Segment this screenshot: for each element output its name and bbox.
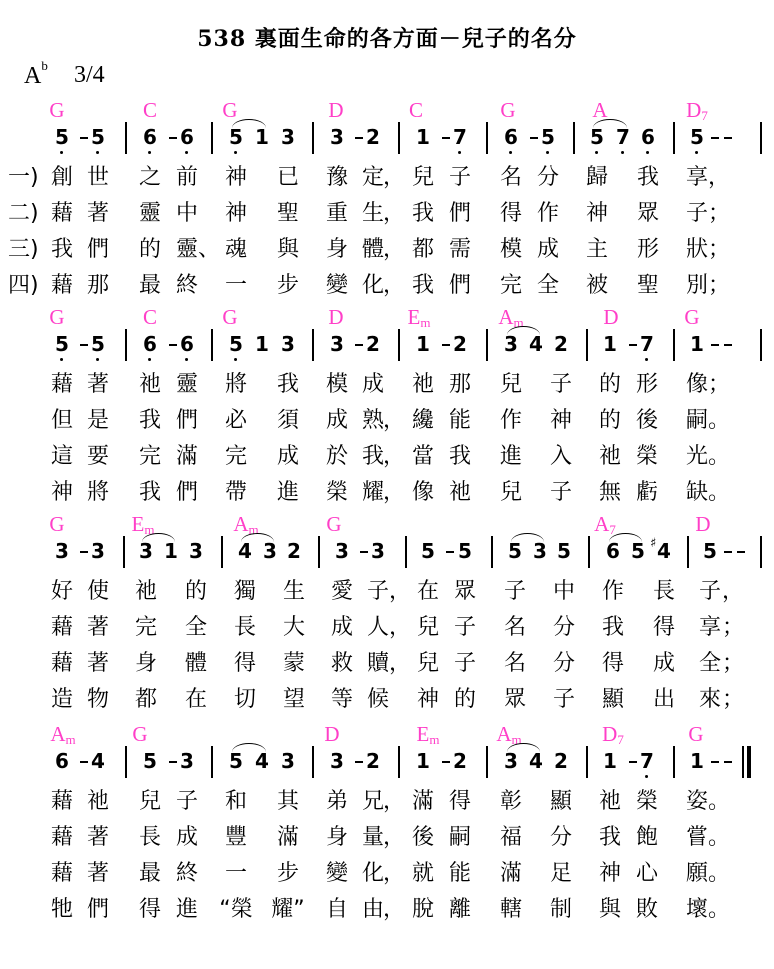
lyric-syllable: 子: [176, 790, 198, 814]
dash-extension: [711, 344, 719, 346]
bar-line: [586, 746, 588, 778]
lyric-syllable: 進: [500, 445, 522, 469]
lyric-punctuation: ，: [389, 652, 411, 676]
lyric-syllable: 切: [234, 688, 256, 712]
dash-extension: [629, 344, 637, 346]
lyric-syllable: 名: [500, 166, 522, 190]
verse-number: 二): [8, 202, 39, 226]
chord-symbol: G: [49, 305, 64, 330]
lyric-syllable: 兒: [500, 373, 522, 397]
lyric-syllable: 成: [326, 409, 348, 433]
jianpu-note: 3: [139, 539, 153, 563]
lyric-syllable: 祂: [412, 373, 434, 397]
hymn-title: 538 裏面生命的各方面－兒子的名分: [0, 22, 774, 53]
lyric-syllable: 主: [586, 238, 608, 262]
jianpu-note: 3: [180, 749, 194, 773]
chord-symbol: A7: [594, 512, 616, 538]
lyric-punctuation: ，: [383, 238, 405, 262]
lyric-punctuation: ，: [722, 580, 744, 604]
lyric-syllable: 神: [550, 409, 572, 433]
lyric-syllable: 聖: [637, 274, 659, 298]
slur: [511, 533, 544, 542]
lyric-syllable: 完: [139, 445, 161, 469]
lyric-syllable: 出: [653, 688, 675, 712]
lyric-syllable: 須: [277, 409, 299, 433]
jianpu-note: 3: [504, 749, 518, 773]
bar-line: [211, 329, 213, 361]
lyric-syllable: 體: [185, 652, 207, 676]
chord-root: D: [324, 722, 339, 746]
lyric-syllable: 願: [686, 862, 708, 886]
lyric-syllable: 得: [449, 790, 471, 814]
slur: [241, 533, 274, 542]
chord-root: G: [49, 98, 64, 122]
bar-line: [673, 746, 675, 778]
lyric-syllable: 嘗: [686, 826, 708, 850]
chord-symbol: C: [143, 98, 157, 123]
lyric-punctuation: ，: [383, 274, 405, 298]
lyric-syllable: 敗: [636, 898, 658, 922]
lyric-syllable: 身: [326, 238, 348, 262]
lyric-syllable: 終: [176, 862, 198, 886]
lyric-syllable: 創: [51, 166, 73, 190]
bar-line: [760, 329, 762, 361]
chord-root: A: [498, 305, 513, 329]
verse-number: 一): [8, 166, 39, 190]
bar-line: [405, 536, 407, 568]
lyric-syllable: 身: [135, 652, 157, 676]
lyric-syllable: 於: [326, 445, 348, 469]
jianpu-note: 5: [421, 539, 435, 563]
lyric-syllable: 化: [362, 862, 384, 886]
chord-root: D: [603, 305, 618, 329]
chord-root: A: [50, 722, 65, 746]
dash-extension: [355, 761, 363, 763]
verse-number: 四): [8, 274, 39, 298]
lyric-syllable: 得: [602, 652, 624, 676]
jianpu-note: 3: [263, 539, 277, 563]
lyric-syllable: 要: [87, 445, 109, 469]
lyric-syllable: 我: [637, 166, 659, 190]
lyric-syllable: 兒: [500, 481, 522, 505]
lyric-syllable: 滿: [176, 445, 198, 469]
jianpu-note: 3: [330, 332, 344, 356]
lyric-syllable: 模: [326, 373, 348, 397]
lyric-syllable: 必: [225, 409, 247, 433]
lyric-punctuation: 。: [708, 862, 730, 886]
jianpu-note: 1: [690, 749, 704, 773]
bar-line: [125, 746, 127, 778]
lyric-syllable: 靈: [139, 202, 161, 226]
lyric-syllable: “榮: [219, 898, 252, 922]
lyric-syllable: 們: [449, 274, 471, 298]
chord-root: A: [594, 512, 609, 536]
lyric-syllable: 長: [139, 826, 161, 850]
lyric-syllable: 魂: [225, 238, 247, 262]
lyric-syllable: 終: [176, 274, 198, 298]
chord-root: G: [326, 512, 341, 536]
lyric-syllable: 分: [553, 616, 575, 640]
lyric-syllable: 福: [500, 826, 522, 850]
lyric-syllable: 榮: [636, 790, 658, 814]
lyric-syllable: 榮: [636, 445, 658, 469]
lyric-syllable: 在: [417, 580, 439, 604]
jianpu-note: 2: [366, 749, 380, 773]
jianpu-note: 6: [143, 125, 157, 149]
lyric-syllable: 的: [185, 580, 207, 604]
bar-line: [125, 122, 127, 154]
lyric-punctuation: 。: [708, 790, 730, 814]
jianpu-note: 1: [416, 332, 430, 356]
jianpu-note: 3: [91, 539, 105, 563]
bar-line: [398, 122, 400, 154]
chord-symbol: G: [132, 722, 147, 747]
lyric-syllable: 滿: [500, 862, 522, 886]
lyric-syllable: 著: [87, 826, 109, 850]
lyric-syllable: 著: [87, 202, 109, 226]
lyric-syllable: 作: [602, 580, 624, 604]
chord-symbol: G: [222, 305, 237, 330]
lyric-syllable: 滿: [412, 790, 434, 814]
lyric-syllable: 轄: [500, 898, 522, 922]
lyric-punctuation: ，: [383, 166, 405, 190]
lyric-punctuation: ；: [708, 373, 730, 397]
lyric-syllable: 長: [653, 580, 675, 604]
time-signature: 3/4: [74, 62, 105, 89]
lyric-punctuation: 、: [198, 238, 220, 262]
lyric-syllable: 嗣: [449, 826, 471, 850]
lyric-syllable: 其: [277, 790, 299, 814]
chord-symbol: C: [409, 98, 423, 123]
lyric-syllable: 生: [362, 202, 384, 226]
chord-root: D: [602, 722, 617, 746]
chord-root: D: [328, 305, 343, 329]
jianpu-note: 5: [143, 749, 157, 773]
jianpu-note: 3: [330, 125, 344, 149]
bar-line: [486, 746, 488, 778]
lyric-punctuation: 。: [708, 445, 730, 469]
lyric-syllable: 神: [51, 481, 73, 505]
lyric-syllable: 分: [550, 826, 572, 850]
jianpu-note: 2: [453, 332, 467, 356]
lyric-syllable: 子: [454, 616, 476, 640]
jianpu-note: 2: [554, 332, 568, 356]
chord-root: E: [132, 512, 145, 536]
lyric-syllable: 化: [362, 274, 384, 298]
chord-root: G: [222, 305, 237, 329]
lyric-syllable: 我: [277, 373, 299, 397]
chord-root: D: [695, 512, 710, 536]
lyric-syllable: 人: [367, 616, 389, 640]
lyric-syllable: 的: [599, 409, 621, 433]
dash-extension: [442, 344, 450, 346]
lyric-syllable: 眾: [504, 688, 526, 712]
lyric-syllable: 量: [362, 826, 384, 850]
lyric-syllable: 獨: [234, 580, 256, 604]
jianpu-note: 5: [55, 125, 69, 149]
lyric-syllable: 光: [686, 445, 708, 469]
lyric-syllable: 著: [87, 616, 109, 640]
chord-root: E: [408, 305, 421, 329]
lyric-punctuation: ，: [708, 166, 730, 190]
lyric-syllable: 缺: [686, 481, 708, 505]
lyric-syllable: 聖: [277, 202, 299, 226]
lyric-syllable: 弟: [326, 790, 348, 814]
jianpu-note: 7: [616, 125, 630, 149]
lyric-punctuation: ，: [383, 898, 405, 922]
dash-extension: [169, 344, 177, 346]
lyric-syllable: 變: [326, 862, 348, 886]
lyric-syllable: 豫: [326, 166, 348, 190]
jianpu-note: 1: [416, 125, 430, 149]
lyric-syllable: 最: [139, 274, 161, 298]
lyric-syllable: 一: [225, 274, 247, 298]
lyric-syllable: 與: [277, 238, 299, 262]
jianpu-note: 1: [690, 332, 704, 356]
lyric-syllable: 但: [51, 409, 73, 433]
lyric-syllable: 藉: [51, 373, 73, 397]
lyric-syllable: 後: [636, 409, 658, 433]
lyric-syllable: 定: [362, 166, 384, 190]
lyric-syllable: 世: [87, 166, 109, 190]
lyric-syllable: 那: [449, 373, 471, 397]
lyric-syllable: 我: [412, 202, 434, 226]
chord-root: A: [496, 722, 511, 746]
lyric-syllable: 模: [500, 238, 522, 262]
lyric-punctuation: 。: [708, 826, 730, 850]
lyric-syllable: 我: [139, 409, 161, 433]
lyric-punctuation: ，: [383, 409, 405, 433]
chord-symbol: C: [143, 305, 157, 330]
lyric-syllable: 步: [277, 862, 299, 886]
lyric-syllable: 在: [185, 688, 207, 712]
sharp-accidental: ♯: [650, 536, 656, 551]
lyric-syllable: 耀: [362, 481, 384, 505]
lyric-syllable: 子: [367, 580, 389, 604]
lyric-syllable: 將: [225, 373, 247, 397]
lyric-syllable: 歸: [586, 166, 608, 190]
lyric-syllable: 生: [283, 580, 305, 604]
final-bar-line: [747, 746, 751, 778]
dash-extension: [724, 137, 732, 139]
lyric-syllable: 救: [331, 652, 353, 676]
lyric-syllable: 們: [87, 898, 109, 922]
lyric-syllable: 前: [176, 166, 198, 190]
jianpu-note: 5: [91, 125, 105, 149]
dash-extension: [169, 137, 177, 139]
lyric-syllable: 物: [87, 688, 109, 712]
bar-line: [211, 122, 213, 154]
lyric-syllable: 神: [225, 166, 247, 190]
lyric-syllable: 子: [550, 481, 572, 505]
chord-root: A: [233, 512, 248, 536]
chord-root: G: [49, 512, 64, 536]
chord-symbol: D7: [602, 722, 624, 748]
jianpu-note: 7: [640, 749, 654, 773]
bar-line: [398, 746, 400, 778]
lyric-syllable: 完: [225, 445, 247, 469]
lyric-syllable: 都: [412, 238, 434, 262]
lyric-syllable: 牠: [51, 898, 73, 922]
chord-symbol: D: [695, 512, 710, 537]
bar-line: [312, 122, 314, 154]
lyric-syllable: 作: [500, 409, 522, 433]
lyric-syllable: 們: [176, 409, 198, 433]
lyric-syllable: 得: [234, 652, 256, 676]
lyric-syllable: 來: [699, 688, 721, 712]
chord-symbol: Em: [408, 305, 431, 331]
lyric-punctuation: ，: [383, 790, 405, 814]
lyric-punctuation: ，: [383, 481, 405, 505]
jianpu-note: 5: [631, 539, 645, 563]
slur: [609, 533, 642, 542]
lyric-syllable: 兄: [362, 790, 384, 814]
chord-root: D: [328, 98, 343, 122]
lyric-syllable: 像: [686, 373, 708, 397]
dash-extension: [355, 137, 363, 139]
lyric-syllable: 最: [139, 862, 161, 886]
lyric-syllable: 著: [87, 862, 109, 886]
jianpu-note: 5: [229, 749, 243, 773]
lyric-syllable: 被: [586, 274, 608, 298]
lyric-syllable: 顯: [550, 790, 572, 814]
lyric-syllable: 我: [362, 445, 384, 469]
jianpu-note: 5: [557, 539, 571, 563]
lyric-punctuation: ；: [722, 616, 744, 640]
lyric-syllable: 好: [51, 580, 73, 604]
chord-root: C: [409, 98, 423, 122]
jianpu-note: 4: [529, 332, 543, 356]
chord-symbol: G: [49, 512, 64, 537]
lyric-syllable: 心: [636, 862, 658, 886]
lyric-syllable: 靈: [176, 373, 198, 397]
lyric-syllable: 們: [176, 481, 198, 505]
lyric-syllable: 完: [135, 616, 157, 640]
bar-line: [486, 329, 488, 361]
verse-number: 三): [8, 238, 39, 262]
lyric-syllable: 子: [454, 652, 476, 676]
lyric-syllable: 子: [686, 202, 708, 226]
slur: [507, 326, 540, 335]
lyric-syllable: 變: [326, 274, 348, 298]
bar-line: [491, 536, 493, 568]
lyric-syllable: 兒: [417, 652, 439, 676]
dash-extension: [80, 761, 88, 763]
lyric-punctuation: ，: [383, 862, 405, 886]
lyric-syllable: 那: [87, 274, 109, 298]
jianpu-note: 1: [164, 539, 178, 563]
lyric-syllable: 祂: [87, 790, 109, 814]
dash-extension: [530, 137, 538, 139]
dash-extension: [711, 137, 719, 139]
jianpu-note: 1: [416, 749, 430, 773]
bar-line: [123, 536, 125, 568]
bar-line: [398, 329, 400, 361]
slur: [507, 743, 540, 752]
lyric-syllable: 子: [449, 166, 471, 190]
chord-root: D: [686, 98, 701, 122]
chord-symbol: G: [49, 98, 64, 123]
chord-quality: m: [429, 732, 439, 747]
lyric-punctuation: ，: [383, 202, 405, 226]
lyric-punctuation: ，: [389, 616, 411, 640]
jianpu-note: 5: [508, 539, 522, 563]
lyric-syllable: 神: [225, 202, 247, 226]
jianpu-note: 1: [603, 332, 617, 356]
lyric-syllable: 們: [449, 202, 471, 226]
lyric-punctuation: ；: [708, 238, 730, 262]
bar-line: [312, 329, 314, 361]
lyric-syllable: 得: [653, 616, 675, 640]
jianpu-note: 2: [366, 332, 380, 356]
jianpu-note: 5: [229, 332, 243, 356]
lyric-syllable: 祂: [139, 373, 161, 397]
bar-line: [588, 536, 590, 568]
dash-extension: [355, 344, 363, 346]
chord-root: E: [417, 722, 430, 746]
jianpu-note: 6: [180, 125, 194, 149]
lyric-syllable: 能: [449, 409, 471, 433]
lyric-syllable: 熟: [362, 409, 384, 433]
lyric-syllable: 纔: [412, 409, 434, 433]
lyric-syllable: 造: [51, 688, 73, 712]
jianpu-note: 5: [55, 332, 69, 356]
lyric-punctuation: 。: [708, 481, 730, 505]
dash-extension: [442, 137, 450, 139]
lyric-syllable: 眾: [637, 202, 659, 226]
lyric-syllable: 的: [139, 238, 161, 262]
lyric-syllable: 耀”: [271, 898, 304, 922]
lyric-syllable: 兒: [412, 166, 434, 190]
lyric-syllable: 由: [362, 898, 384, 922]
lyric-syllable: 長: [234, 616, 256, 640]
jianpu-note: 7: [453, 125, 467, 149]
jianpu-note: 5: [703, 539, 717, 563]
dash-extension: [442, 761, 450, 763]
lyric-syllable: 藉: [51, 616, 73, 640]
lyric-syllable: 將: [87, 481, 109, 505]
chord-quality: 7: [617, 732, 624, 747]
lyric-syllable: 進: [277, 481, 299, 505]
jianpu-note: 7: [640, 332, 654, 356]
lyric-syllable: 彰: [500, 790, 522, 814]
jianpu-note: 4: [657, 539, 671, 563]
lyric-syllable: 自: [326, 898, 348, 922]
lyric-syllable: 顯: [602, 688, 624, 712]
bar-line: [125, 329, 127, 361]
jianpu-note: 1: [255, 332, 269, 356]
lyric-syllable: 形: [636, 373, 658, 397]
lyric-syllable: 藉: [51, 652, 73, 676]
chord-symbol: G: [222, 98, 237, 123]
bar-line: [486, 122, 488, 154]
jianpu-note: 3: [330, 749, 344, 773]
jianpu-note: 2: [453, 749, 467, 773]
lyric-syllable: 需: [449, 238, 471, 262]
chord-quality: m: [420, 315, 430, 330]
key-accidental: b: [41, 58, 48, 73]
lyric-syllable: 享: [699, 616, 721, 640]
jianpu-note: 5: [91, 332, 105, 356]
lyric-syllable: 成: [277, 445, 299, 469]
jianpu-note: 6: [504, 125, 518, 149]
dash-extension: [724, 551, 732, 553]
lyric-syllable: 兒: [139, 790, 161, 814]
lyric-syllable: 們: [87, 238, 109, 262]
chord-symbol: G: [500, 98, 515, 123]
jianpu-note: 3: [281, 125, 295, 149]
lyric-syllable: 著: [87, 373, 109, 397]
